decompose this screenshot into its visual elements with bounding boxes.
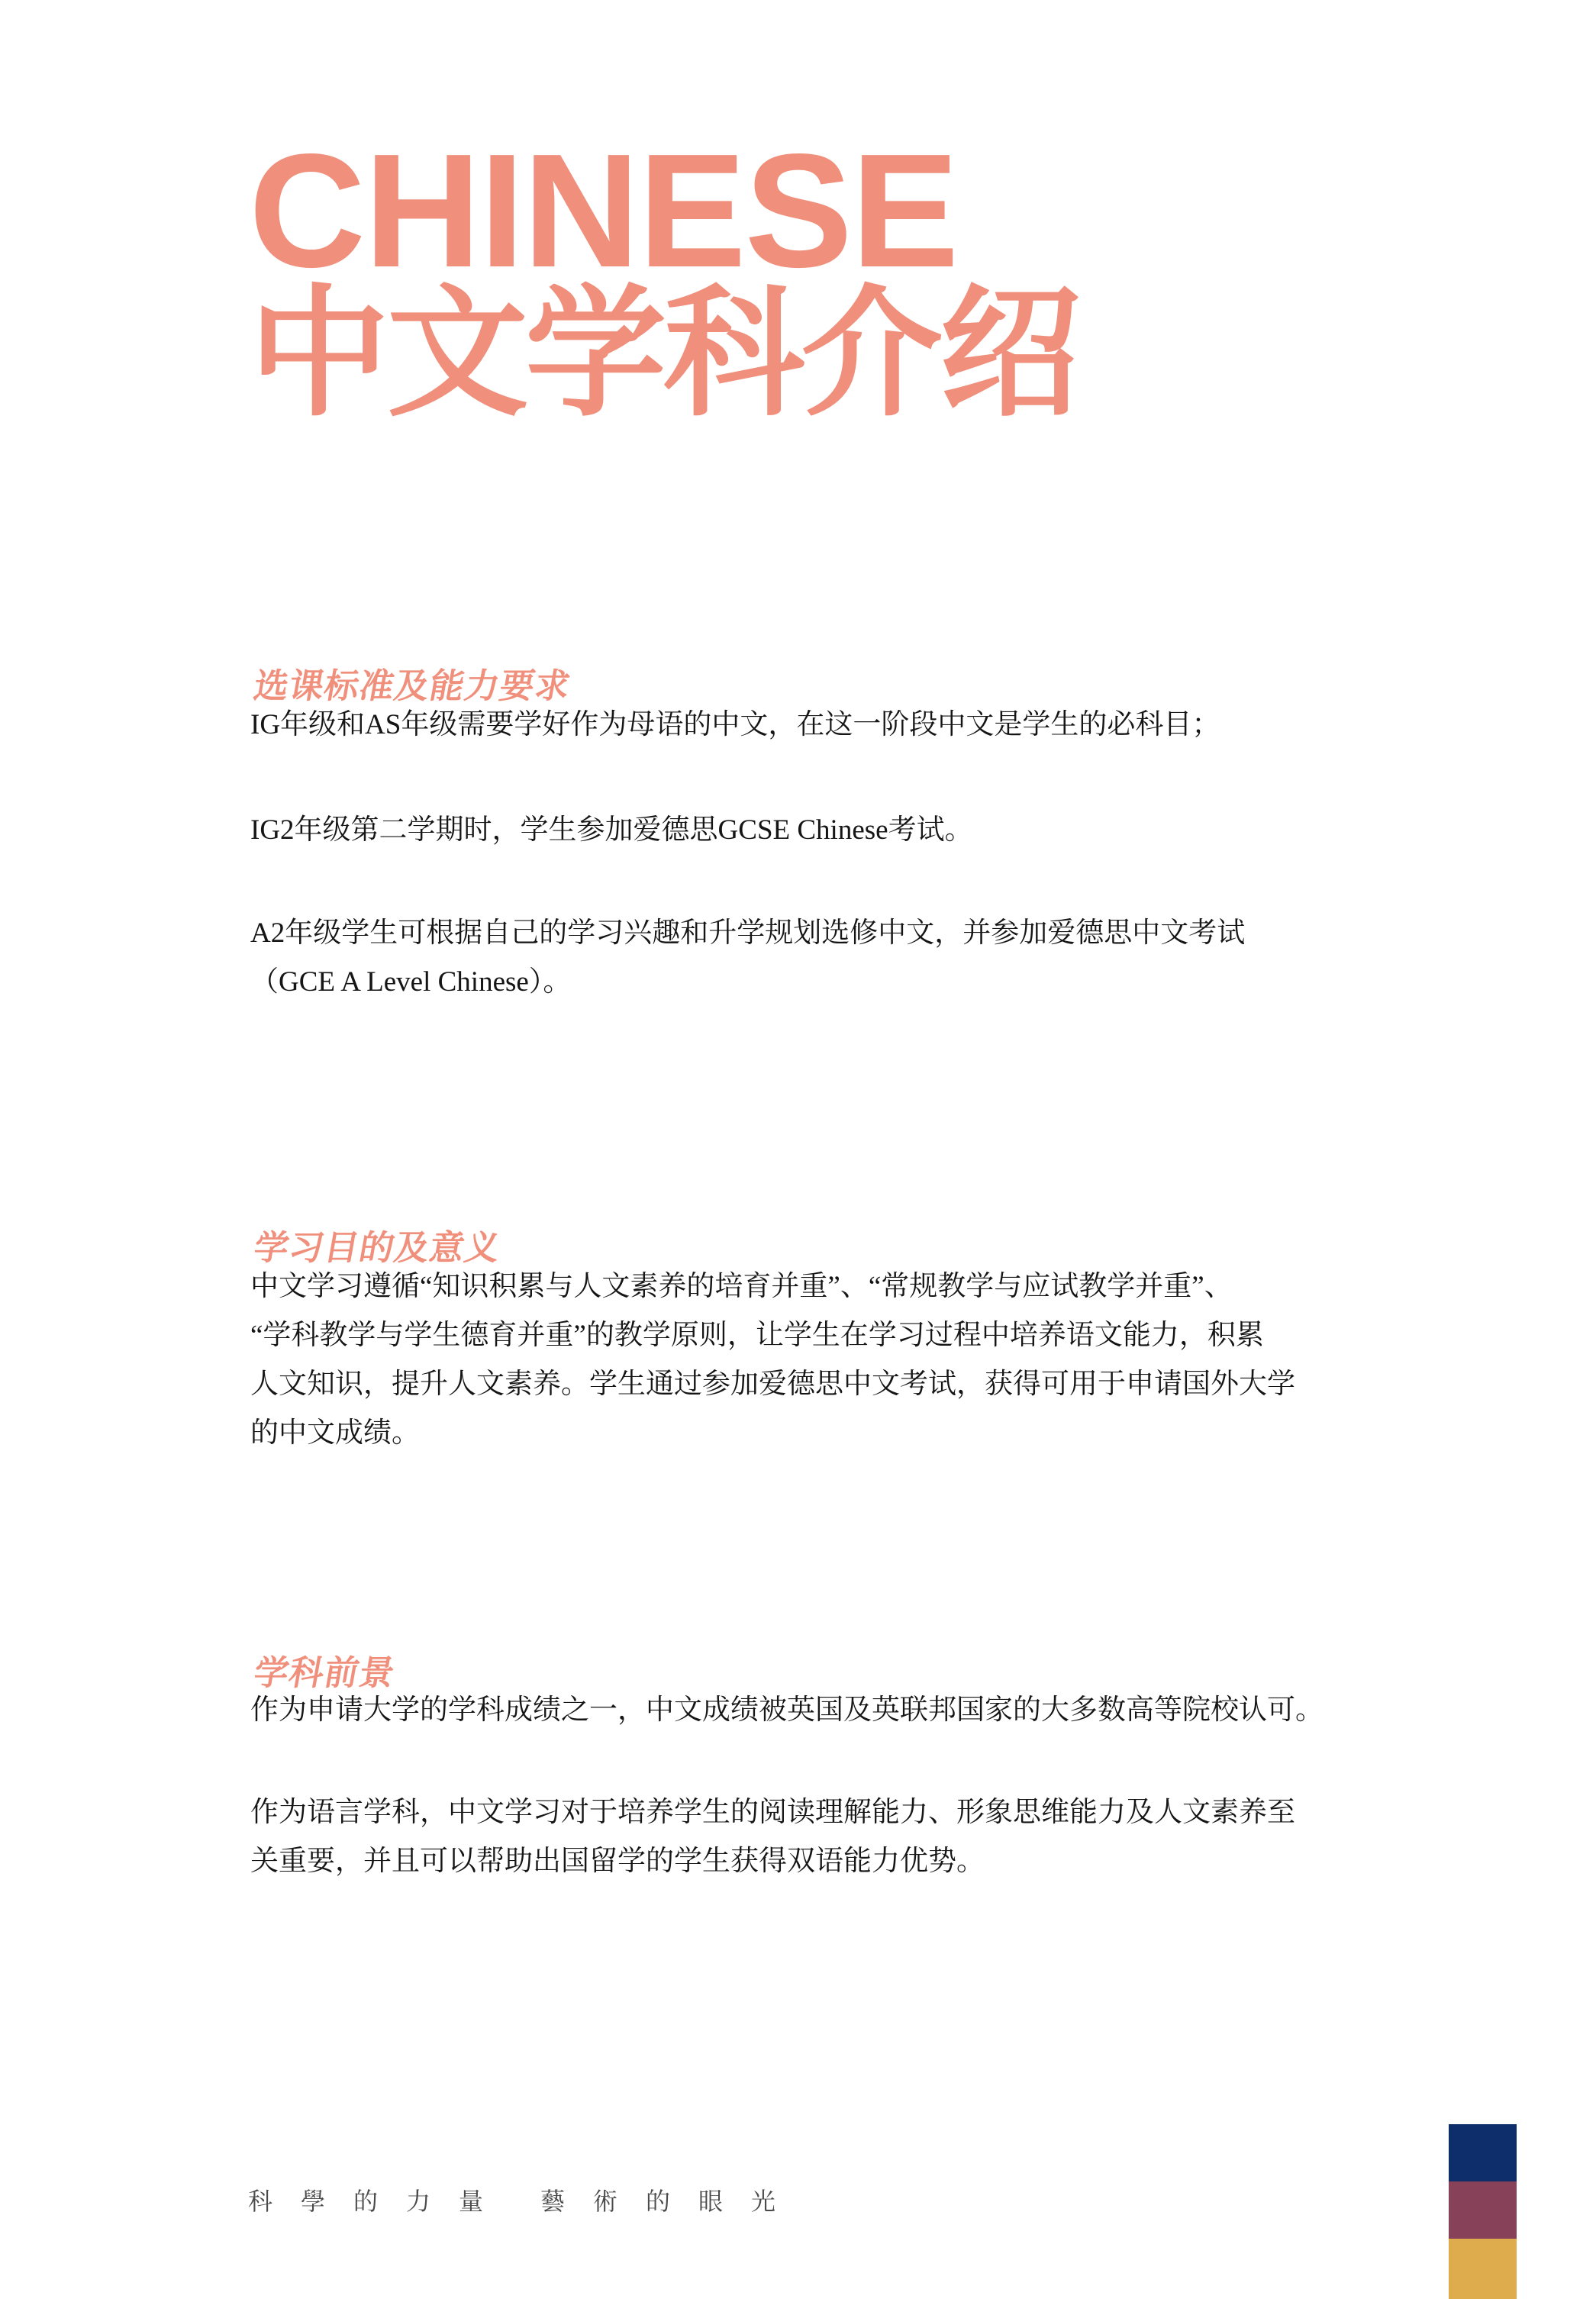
text-line: “学科教学与学生德育并重”的教学原则，让学生在学习过程中培养语文能力，积累 xyxy=(250,1311,1295,1360)
paragraph: 中文学习遵循“知识积累与人文素养的培育并重”、“常规教学与应试教学并重”、 “学… xyxy=(250,1262,1295,1458)
text-line: 中文学习遵循“知识积累与人文素养的培育并重”、“常规教学与应试教学并重”、 xyxy=(250,1262,1295,1311)
text-line: IG年级和AS年级需要学好作为母语的中文，在这一阶段中文是学生的必科目； xyxy=(250,701,1220,750)
text-line: 作为语言学科，中文学习对于培养学生的阅读理解能力、形象思维能力及人文素养至 xyxy=(250,1788,1295,1837)
paragraph: IG年级和AS年级需要学好作为母语的中文，在这一阶段中文是学生的必科目； xyxy=(250,701,1220,750)
slogan-science: 科學的力量 xyxy=(248,2185,511,2219)
footer-slogan: 科學的力量 藝術的眼光 xyxy=(248,2185,804,2219)
paragraph: 作为语言学科，中文学习对于培养学生的阅读理解能力、形象思维能力及人文素养至 关重… xyxy=(250,1788,1295,1886)
text-line: 人文知识，提升人文素养。学生通过参加爱德思中文考试，获得可用于申请国外大学 xyxy=(250,1360,1295,1409)
slogan-art: 藝術的眼光 xyxy=(540,2185,804,2219)
text-line: 作为申请大学的学科成绩之一，中文成绩被英国及英联邦国家的大多数高等院校认可。 xyxy=(250,1686,1324,1735)
text-line: （GCE A Level Chinese）。 xyxy=(250,958,1245,1007)
paragraph: 作为申请大学的学科成绩之一，中文成绩被英国及英联邦国家的大多数高等院校认可。 xyxy=(250,1686,1324,1735)
corner-mark-maroon xyxy=(1449,2181,1517,2239)
page-title-english: CHINESE xyxy=(249,130,957,292)
corner-mark-gold xyxy=(1449,2239,1517,2299)
paragraph: A2年级学生可根据自己的学习兴趣和升学规划选修中文，并参加爱德思中文考试 （GC… xyxy=(250,909,1245,1007)
page-title-chinese: 中文学科介绍 xyxy=(249,284,1078,425)
text-line: 的中文成绩。 xyxy=(250,1409,1295,1458)
corner-mark-navy xyxy=(1449,2124,1517,2181)
text-line: 关重要，并且可以帮助出国留学的学生获得双语能力优势。 xyxy=(250,1837,1295,1886)
text-line: A2年级学生可根据自己的学习兴趣和升学规划选修中文，并参加爱德思中文考试 xyxy=(250,909,1245,958)
paragraph: IG2年级第二学期时，学生参加爱德思GCSE Chinese考试。 xyxy=(250,806,973,855)
text-line: IG2年级第二学期时，学生参加爱德思GCSE Chinese考试。 xyxy=(250,806,973,855)
document-page: CHINESE 中文学科介绍 选课标准及能力要求 IG年级和AS年级需要学好作为… xyxy=(0,0,1596,2299)
